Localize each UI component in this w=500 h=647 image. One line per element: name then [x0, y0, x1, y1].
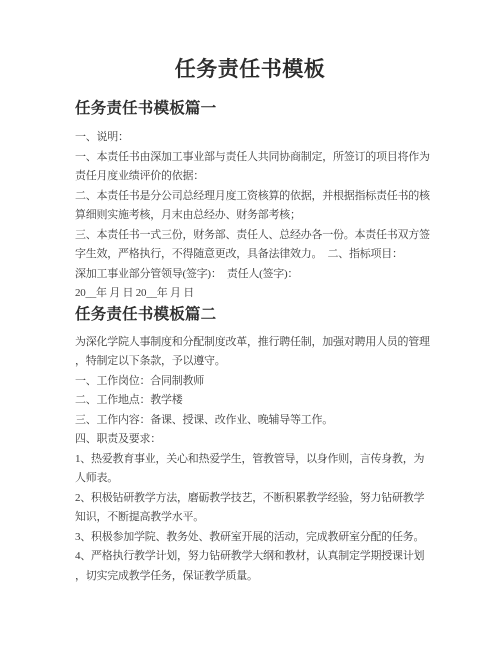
paragraph-item-3: 三、本责任书一式三份，财务部、责任人、总经办各一份。本责任书双方签字生效，严格执… [75, 226, 433, 265]
paragraph-work-position: 一、工作岗位：合同制教师 [75, 372, 433, 392]
section-two: 任务责任书模板篇二 为深化学院人事制度和分配制度改革，推行聘任制，加强对聘用人员… [75, 306, 433, 587]
section-two-heading: 任务责任书模板篇二 [75, 306, 433, 323]
section-one: 任务责任书模板篇一 一、说明： 一、本责任书由深加工事业部与责任人共同协商制定，… [75, 100, 433, 304]
paragraph-duty-3: 3、积极参加学院、教务处、教研室开展的活动，完成教研室分配的任务。 [75, 528, 433, 548]
document-page: 任务责任书模板 任务责任书模板篇一 一、说明： 一、本责任书由深加工事业部与责任… [0, 0, 500, 647]
document-title: 任务责任书模板 [0, 58, 500, 80]
paragraph-item-1: 一、本责任书由深加工事业部与责任人共同协商制定，所签订的项目将作为责任月度业绩评… [75, 148, 433, 187]
paragraph-work-location: 二、工作地点：教学楼 [75, 391, 433, 411]
paragraph-signature-line: 深加工事业部分管领导(签字)： 责任人(签字)： [75, 265, 433, 285]
paragraph-explanation-label: 一、说明： [75, 128, 433, 148]
paragraph-duty-4: 4、严格执行教学计划，努力钻研教学大纲和教材，认真制定学期授课计划，切实完成教学… [75, 547, 433, 586]
paragraph-duty-2: 2、积极钻研教学方法，磨砺教学技艺，不断积累教学经验，努力钻研教学知识，不断提高… [75, 489, 433, 528]
paragraph-item-2: 二、本责任书是分公司总经理月度工资核算的依据，并根据指标责任书的核算细则实施考核… [75, 187, 433, 226]
paragraph-duties-label: 四、职责及要求： [75, 430, 433, 450]
paragraph-work-content: 三、工作内容：备课、授课、改作业、晚辅导等工作。 [75, 411, 433, 431]
paragraph-intro: 为深化学院人事制度和分配制度改革，推行聘任制，加强对聘用人员的管理，特制定以下条… [75, 333, 433, 372]
section-one-heading: 任务责任书模板篇一 [75, 100, 433, 117]
paragraph-date-line: 20__年 月 日 20__年 月 日 [75, 284, 433, 304]
paragraph-duty-1: 1、热爱教育事业，关心和热爱学生，管教管导，以身作则，言传身教，为人师表。 [75, 450, 433, 489]
